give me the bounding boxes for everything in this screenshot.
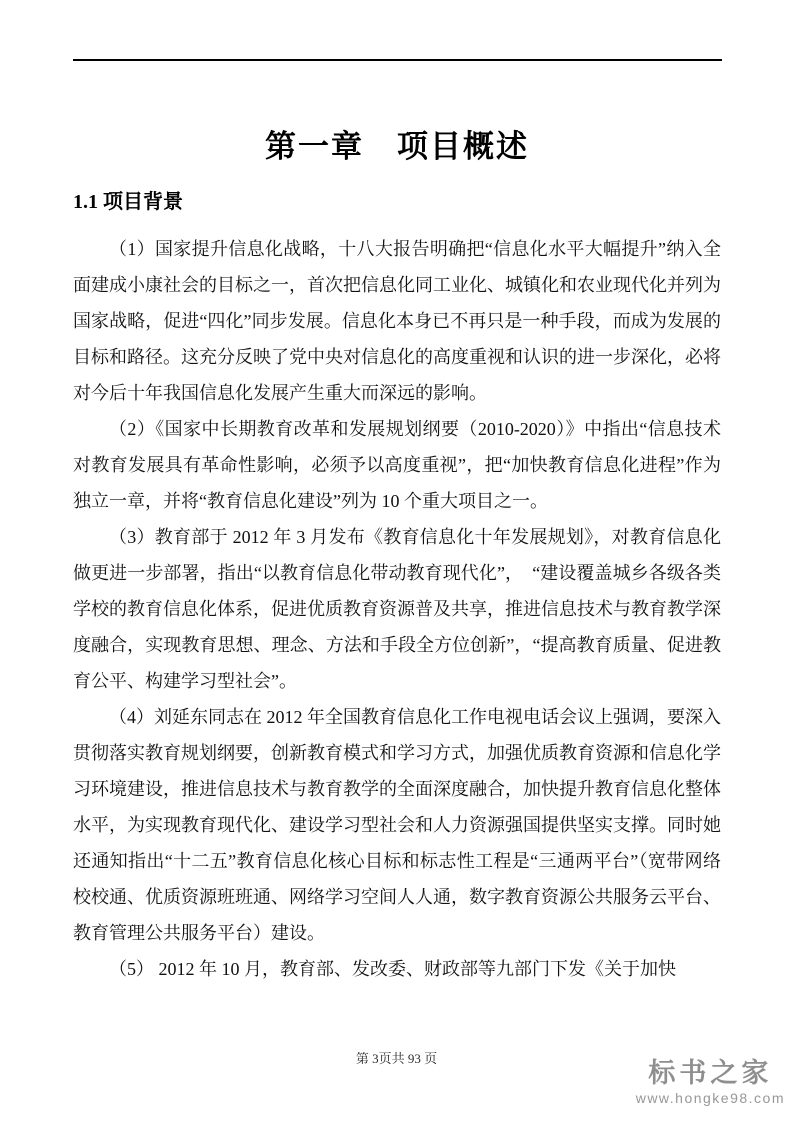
paragraph-3: （3）教育部于 2012 年 3 月发布《教育信息化十年发展规划》，对教育信息化…	[73, 519, 721, 699]
watermark-url: www.hongke98.com	[636, 1090, 785, 1106]
document-content: 第一章 项目概述 1.1 项目背景 （1）国家提升信息化战略，十八大报告明确把“…	[73, 0, 721, 987]
paragraph-1: （1）国家提升信息化战略，十八大报告明确把“信息化水平大幅提升”纳入全面建成小康…	[73, 231, 721, 411]
paragraph-4: （4）刘延东同志在 2012 年全国教育信息化工作电视电话会议上强调，要深入贯彻…	[73, 699, 721, 951]
chapter-title: 第一章 项目概述	[73, 0, 721, 168]
watermark-brand-logo: 标书之家	[636, 1058, 785, 1088]
body-paragraphs: （1）国家提升信息化战略，十八大报告明确把“信息化水平大幅提升”纳入全面建成小康…	[73, 231, 721, 987]
paragraph-2: （2）《国家中长期教育改革和发展规划纲要（2010-2020）》中指出“信息技术…	[73, 411, 721, 519]
section-heading: 1.1 项目背景	[73, 190, 721, 214]
site-watermark: 标书之家 www.hongke98.com	[636, 1058, 785, 1106]
paragraph-5: （5） 2012 年 10 月，教育部、发改委、财政部等九部门下发《关于加快	[73, 951, 721, 987]
document-page: 第一章 项目概述 1.1 项目背景 （1）国家提升信息化战略，十八大报告明确把“…	[0, 0, 793, 1122]
